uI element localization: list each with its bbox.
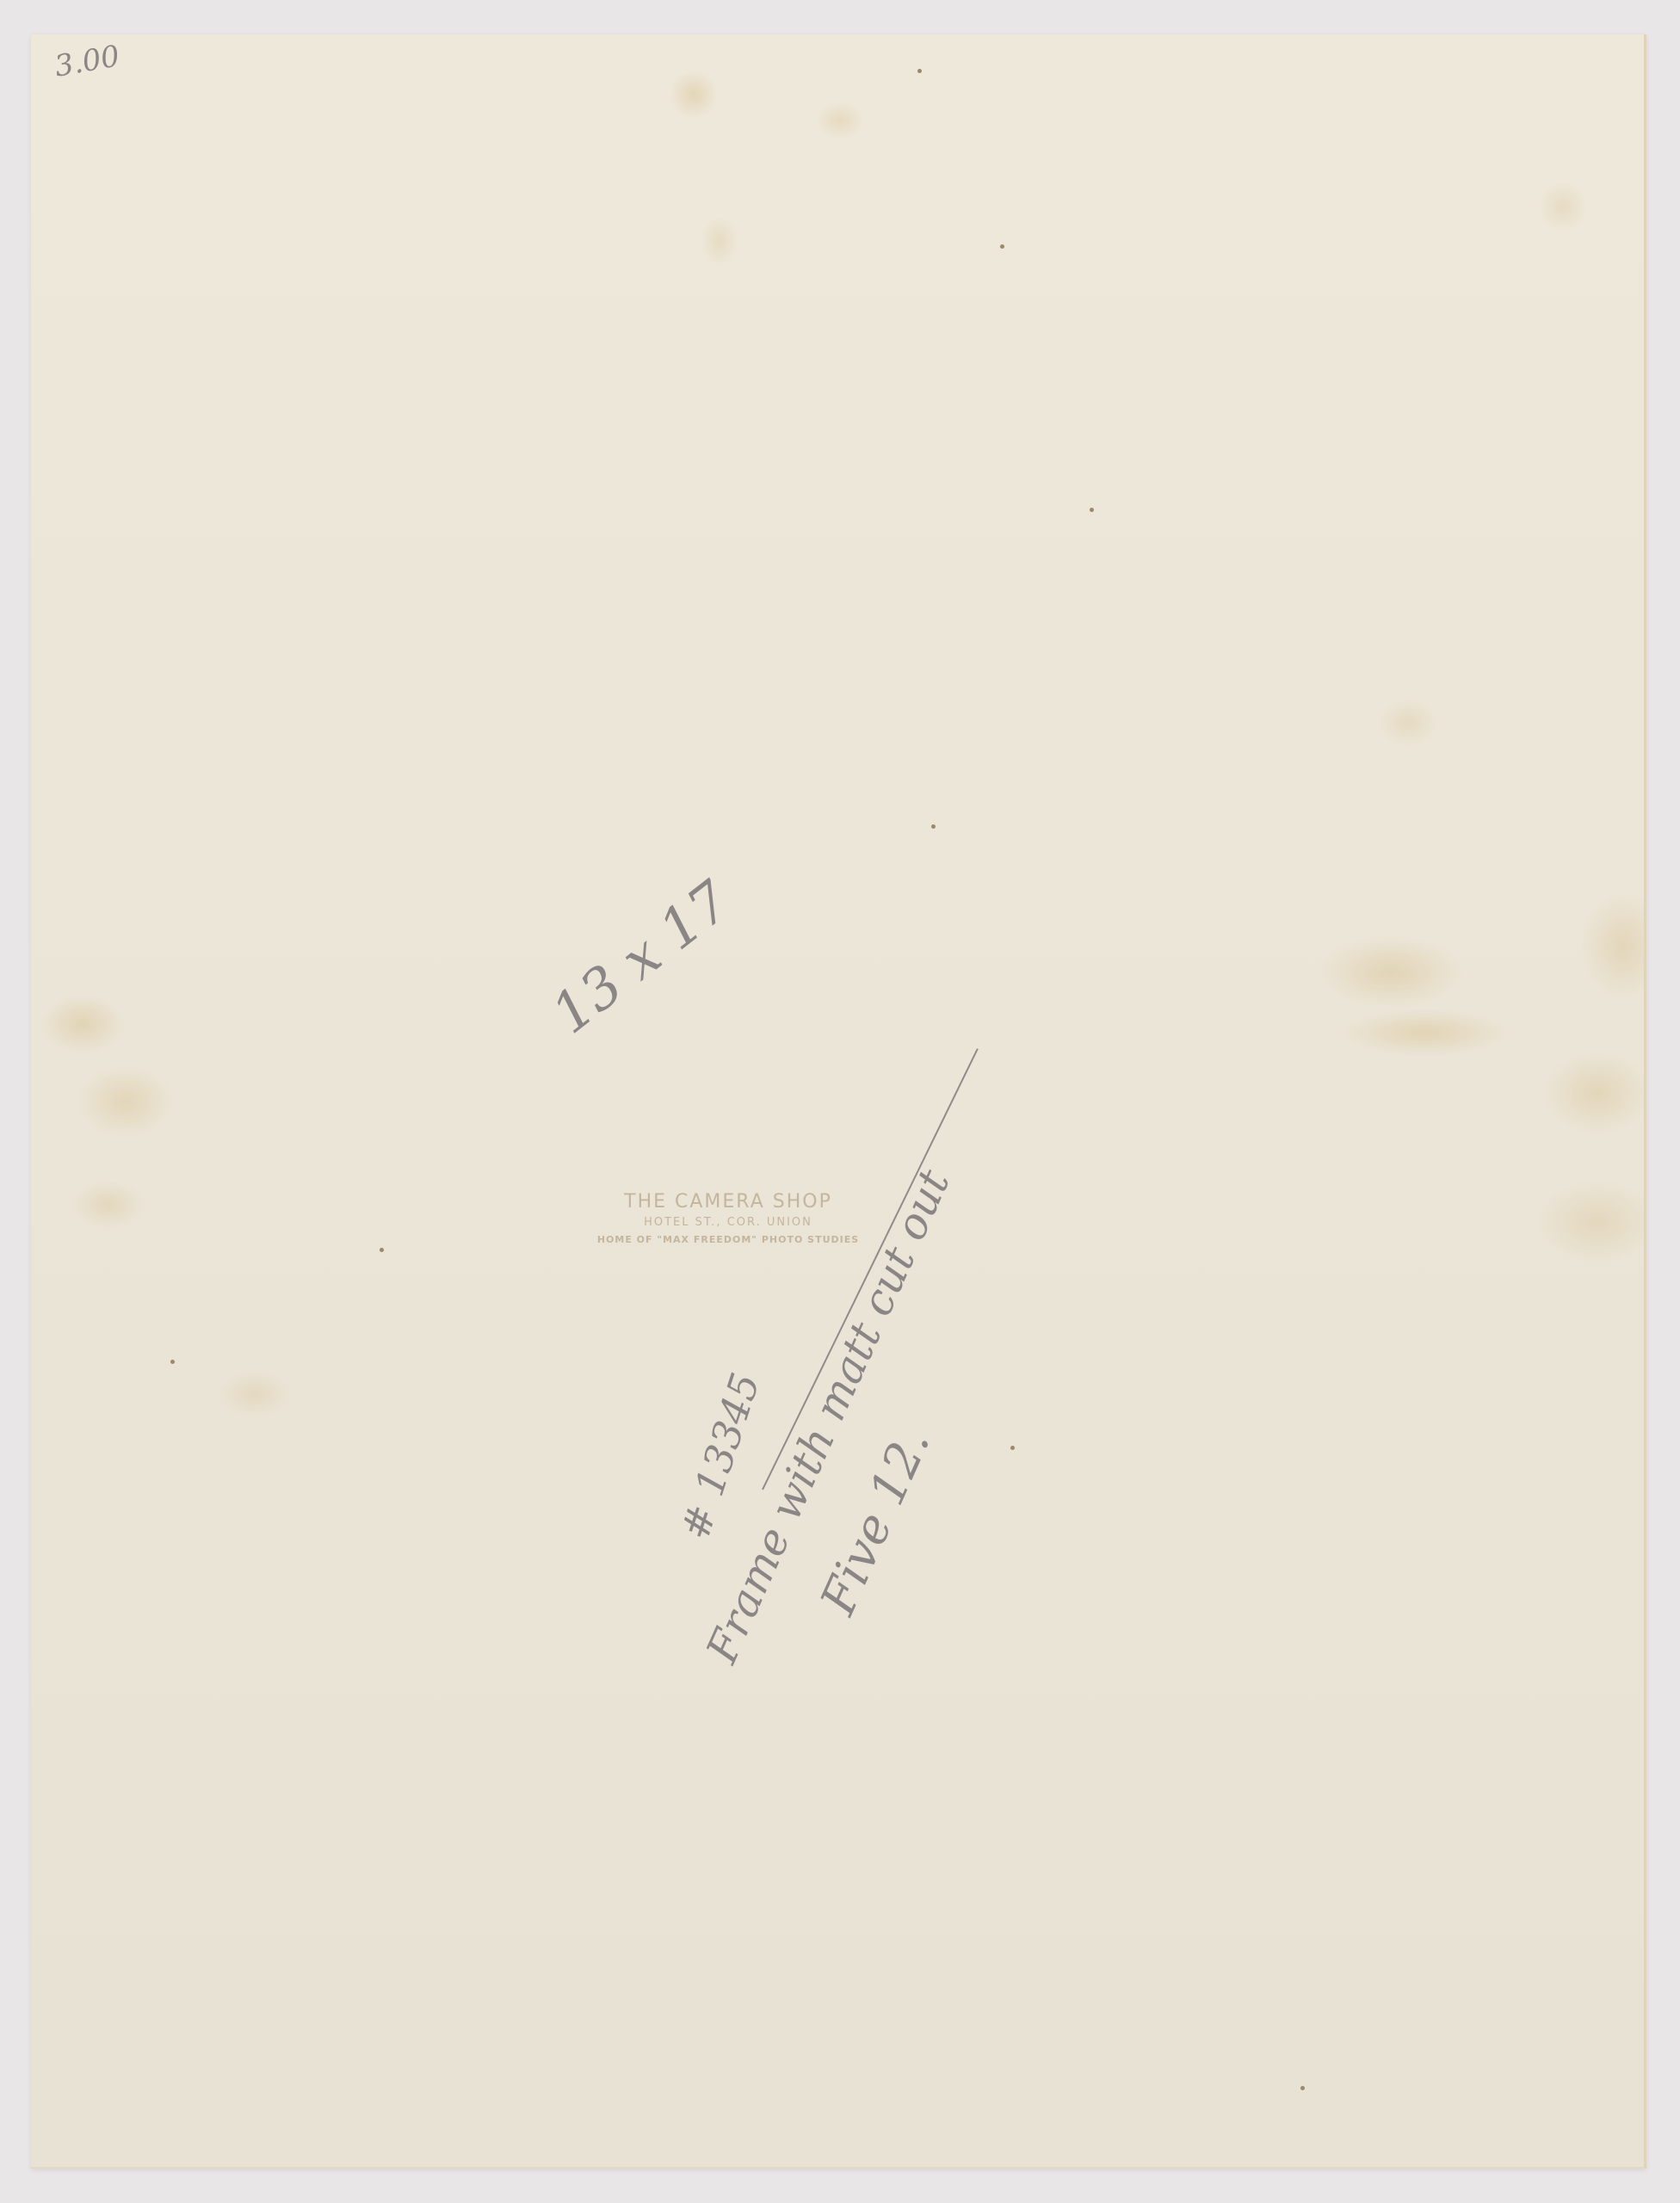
stamp-studio-name: THE CAMERA SHOP (547, 1191, 909, 1213)
dimensions-note: 13 x 17 (540, 869, 742, 1046)
foxing-spot (931, 824, 936, 829)
foxing-spot (1010, 1446, 1015, 1450)
strike-through-line (762, 1048, 979, 1490)
price-corner-note: 3.00 (52, 39, 122, 84)
foxing-spot (380, 1248, 384, 1252)
studio-stamp: THE CAMERA SHOP HOTEL ST., COR. UNION HO… (547, 1191, 909, 1245)
foxing-spot (917, 69, 922, 73)
stamp-address: HOTEL ST., COR. UNION (547, 1216, 909, 1229)
photo-mount-back: 3.00 13 x 17 THE CAMERA SHOP HOTEL ST., … (31, 34, 1646, 2169)
stamp-tagline: HOME OF "MAX FREEDOM" PHOTO STUDIES (547, 1234, 909, 1245)
foxing-spot (1090, 508, 1094, 512)
foxing-spot (1300, 2086, 1305, 2090)
foxing-spot (170, 1360, 175, 1364)
foxing-spot (1000, 244, 1004, 249)
